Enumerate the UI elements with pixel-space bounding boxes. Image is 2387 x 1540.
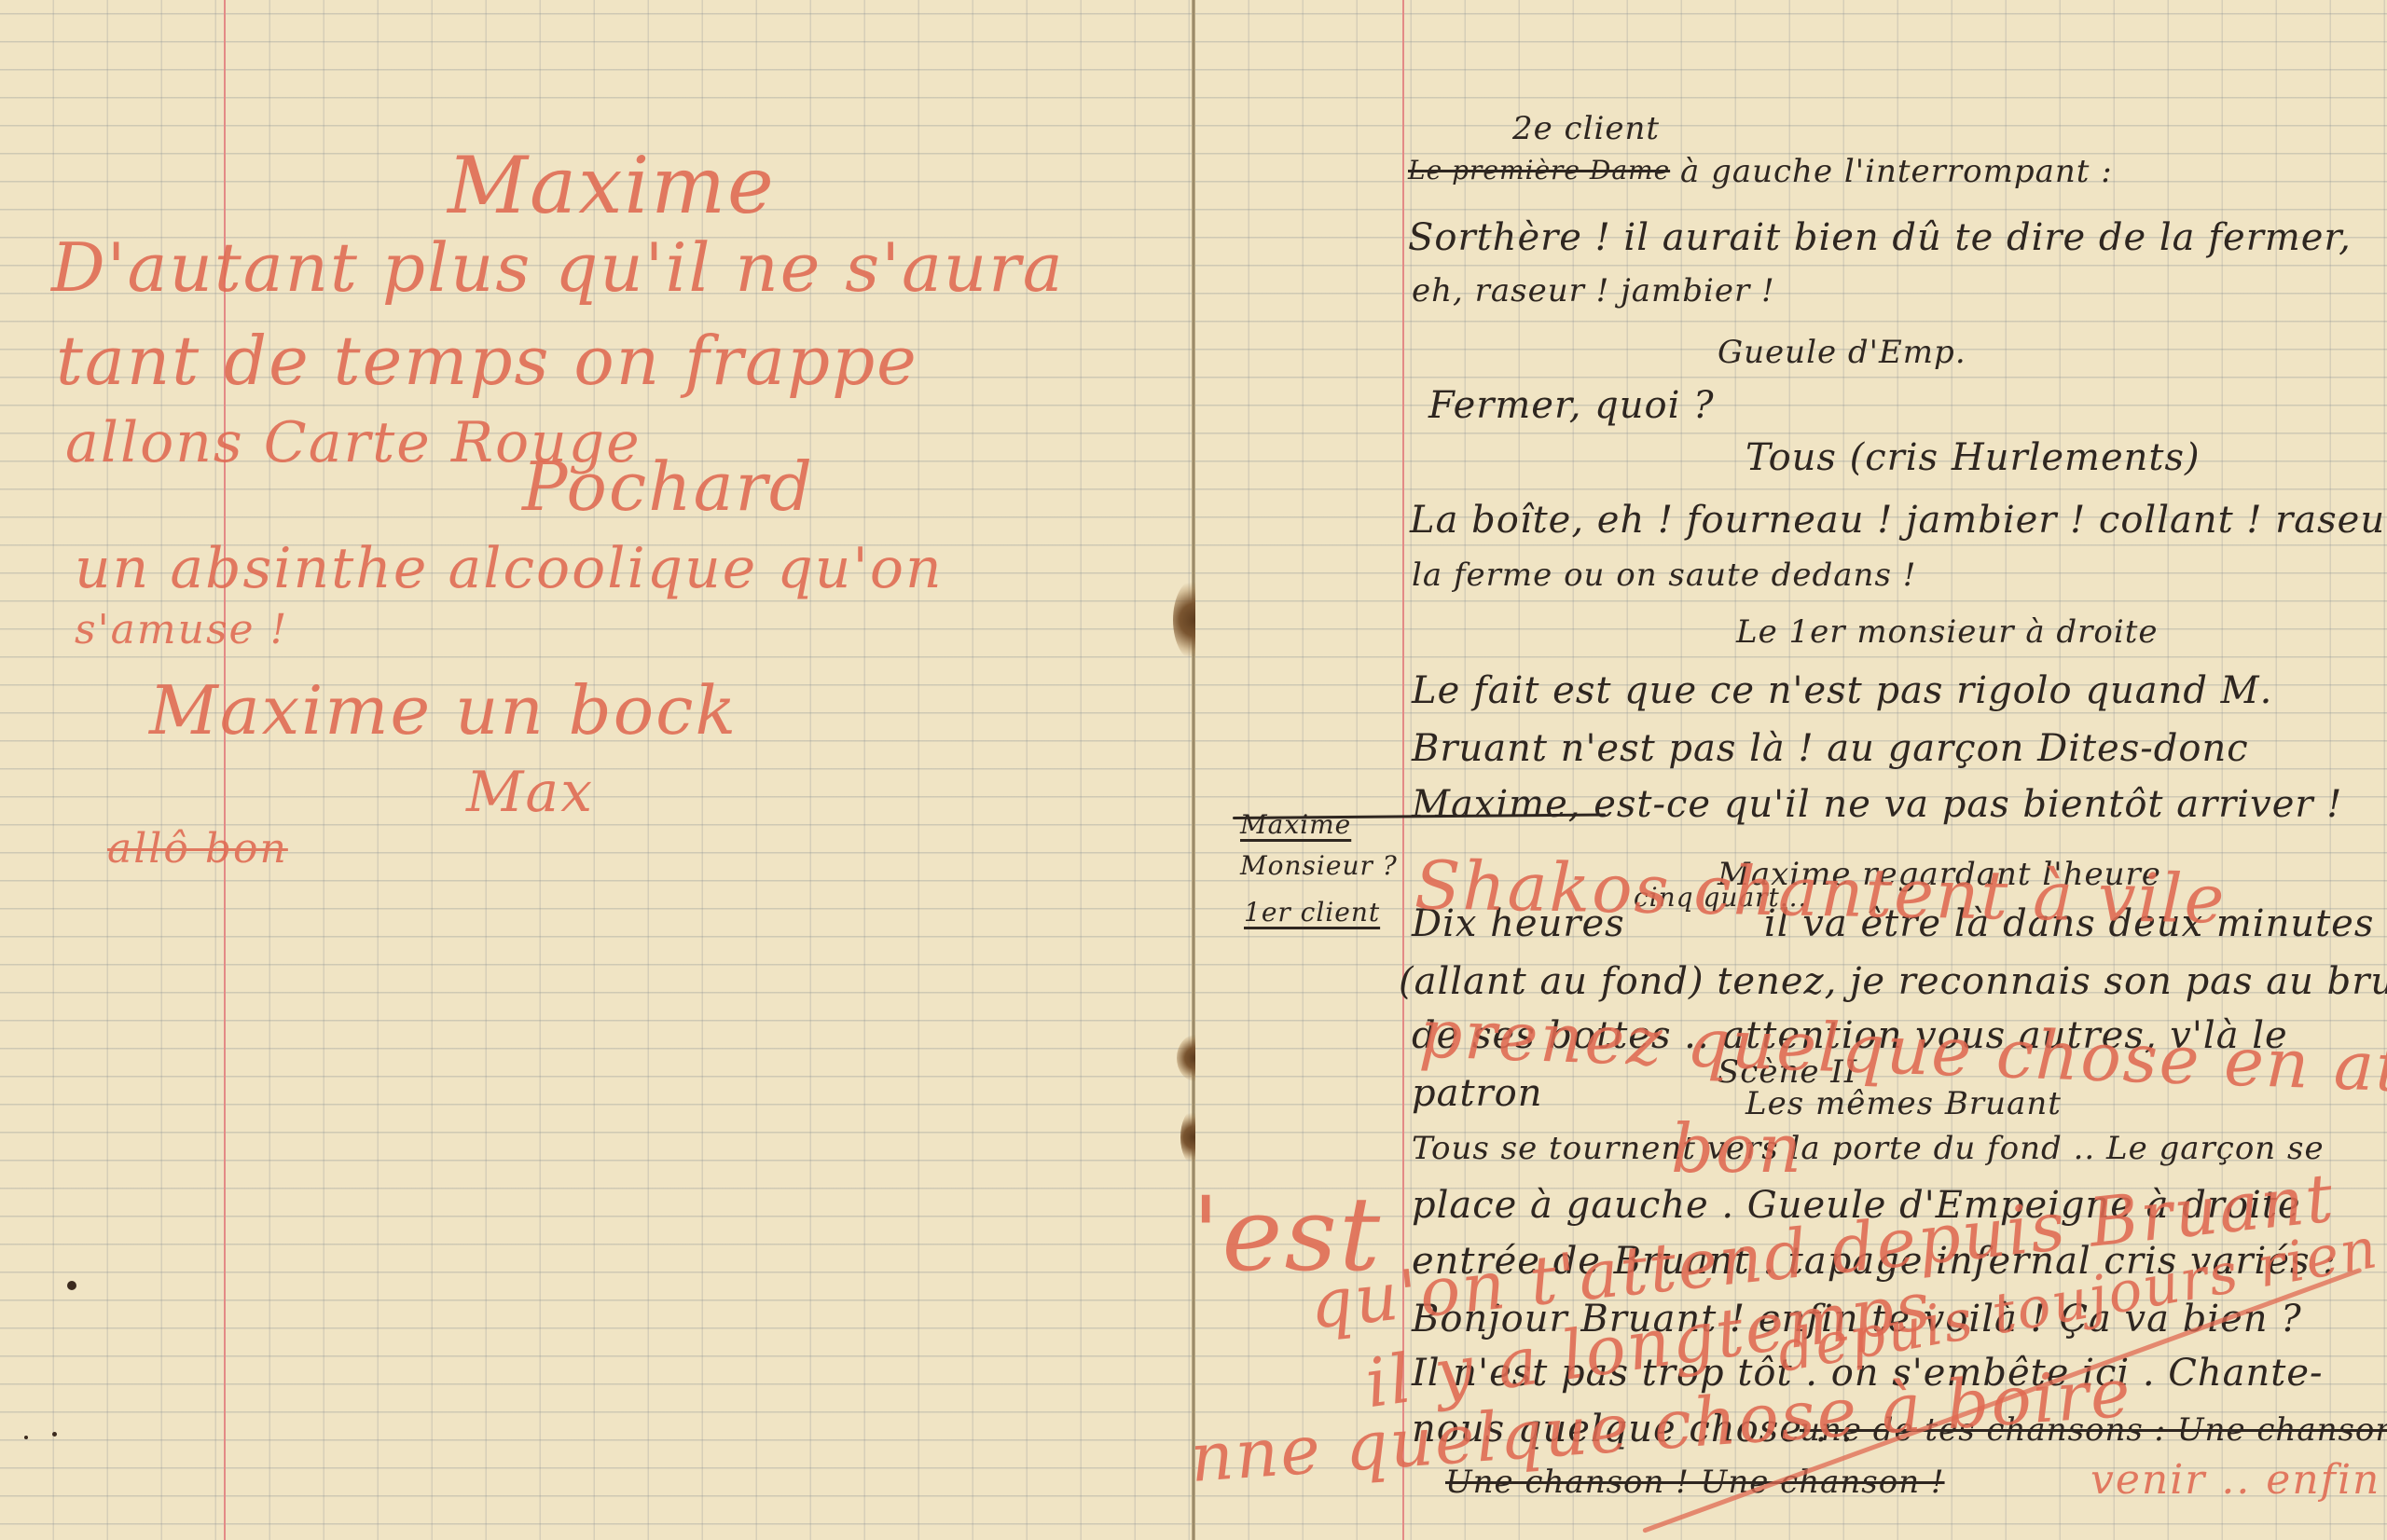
red-heading-maxime: Maxime xyxy=(448,140,776,231)
red-line: Pochard xyxy=(522,447,814,526)
manuscript-line: La boîte, eh ! fourneau ! jambier ! coll… xyxy=(1410,499,2387,542)
margin-note: 1er client xyxy=(1244,897,1380,928)
red-line: Maxime un bock xyxy=(149,671,738,749)
red-line: tant de temps on frappe xyxy=(56,322,918,400)
manuscript-line: Bruant n'est pas là ! au garçon Dites-do… xyxy=(1412,727,2249,770)
manuscript-line: (allant au fond) tenez, je reconnais son… xyxy=(1399,960,2387,1003)
left-page: Maxime D'autant plus qu'il ne s'aura tan… xyxy=(0,0,1195,1540)
margin-note: Monsieur ? xyxy=(1240,850,1398,881)
manuscript-line: la ferme ou on saute dedans ! xyxy=(1412,557,1916,594)
manuscript-line: Le fait est que ce n'est pas rigolo quan… xyxy=(1412,669,2272,712)
manuscript-line: à gauche l'interrompant : xyxy=(1680,153,2113,190)
margin-note: Maxime xyxy=(1240,809,1351,840)
red-line: s'amuse ! xyxy=(75,606,288,653)
manuscript-line: Fermer, quoi ? xyxy=(1428,384,1715,427)
speaker-label: Tous (cris Hurlements) xyxy=(1745,436,2201,479)
speaker-label: Gueule d'Emp. xyxy=(1718,334,1966,371)
ink-spot xyxy=(24,1436,28,1439)
manuscript-line: Maxime, est-ce qu'il ne va pas bientôt a… xyxy=(1412,783,2342,826)
red-annotation: Shakos chantent à vile xyxy=(1414,846,2227,938)
speaker-label: 2e client xyxy=(1512,110,1660,147)
red-annotation: venir .. enfin xyxy=(2090,1456,2380,1504)
manuscript-line: patron xyxy=(1412,1072,1543,1115)
red-line: Max xyxy=(466,760,594,825)
struck-text: Le première Dame xyxy=(1408,155,1670,186)
speaker-label: Le 1er monsieur à droite xyxy=(1736,613,2159,651)
red-annotation: bon xyxy=(1671,1109,1803,1188)
notebook-spread: Maxime D'autant plus qu'il ne s'aura tan… xyxy=(0,0,2387,1540)
right-page: Maxime Monsieur ? 1er client 2e client L… xyxy=(1195,0,2387,1540)
red-line: un absinthe alcoolique qu'on xyxy=(75,536,944,601)
manuscript-line: Tous se tournent vers la porte du fond .… xyxy=(1412,1130,2325,1167)
red-line: D'autant plus qu'il ne s'aura xyxy=(51,228,1065,307)
manuscript-line: eh, raseur ! jambier ! xyxy=(1412,272,1775,309)
manuscript-line: Sorthère ! il aurait bien dû te dire de … xyxy=(1408,216,2352,259)
ink-spot xyxy=(67,1281,76,1290)
red-line: allô bon xyxy=(107,825,288,873)
ink-spot xyxy=(52,1432,57,1437)
